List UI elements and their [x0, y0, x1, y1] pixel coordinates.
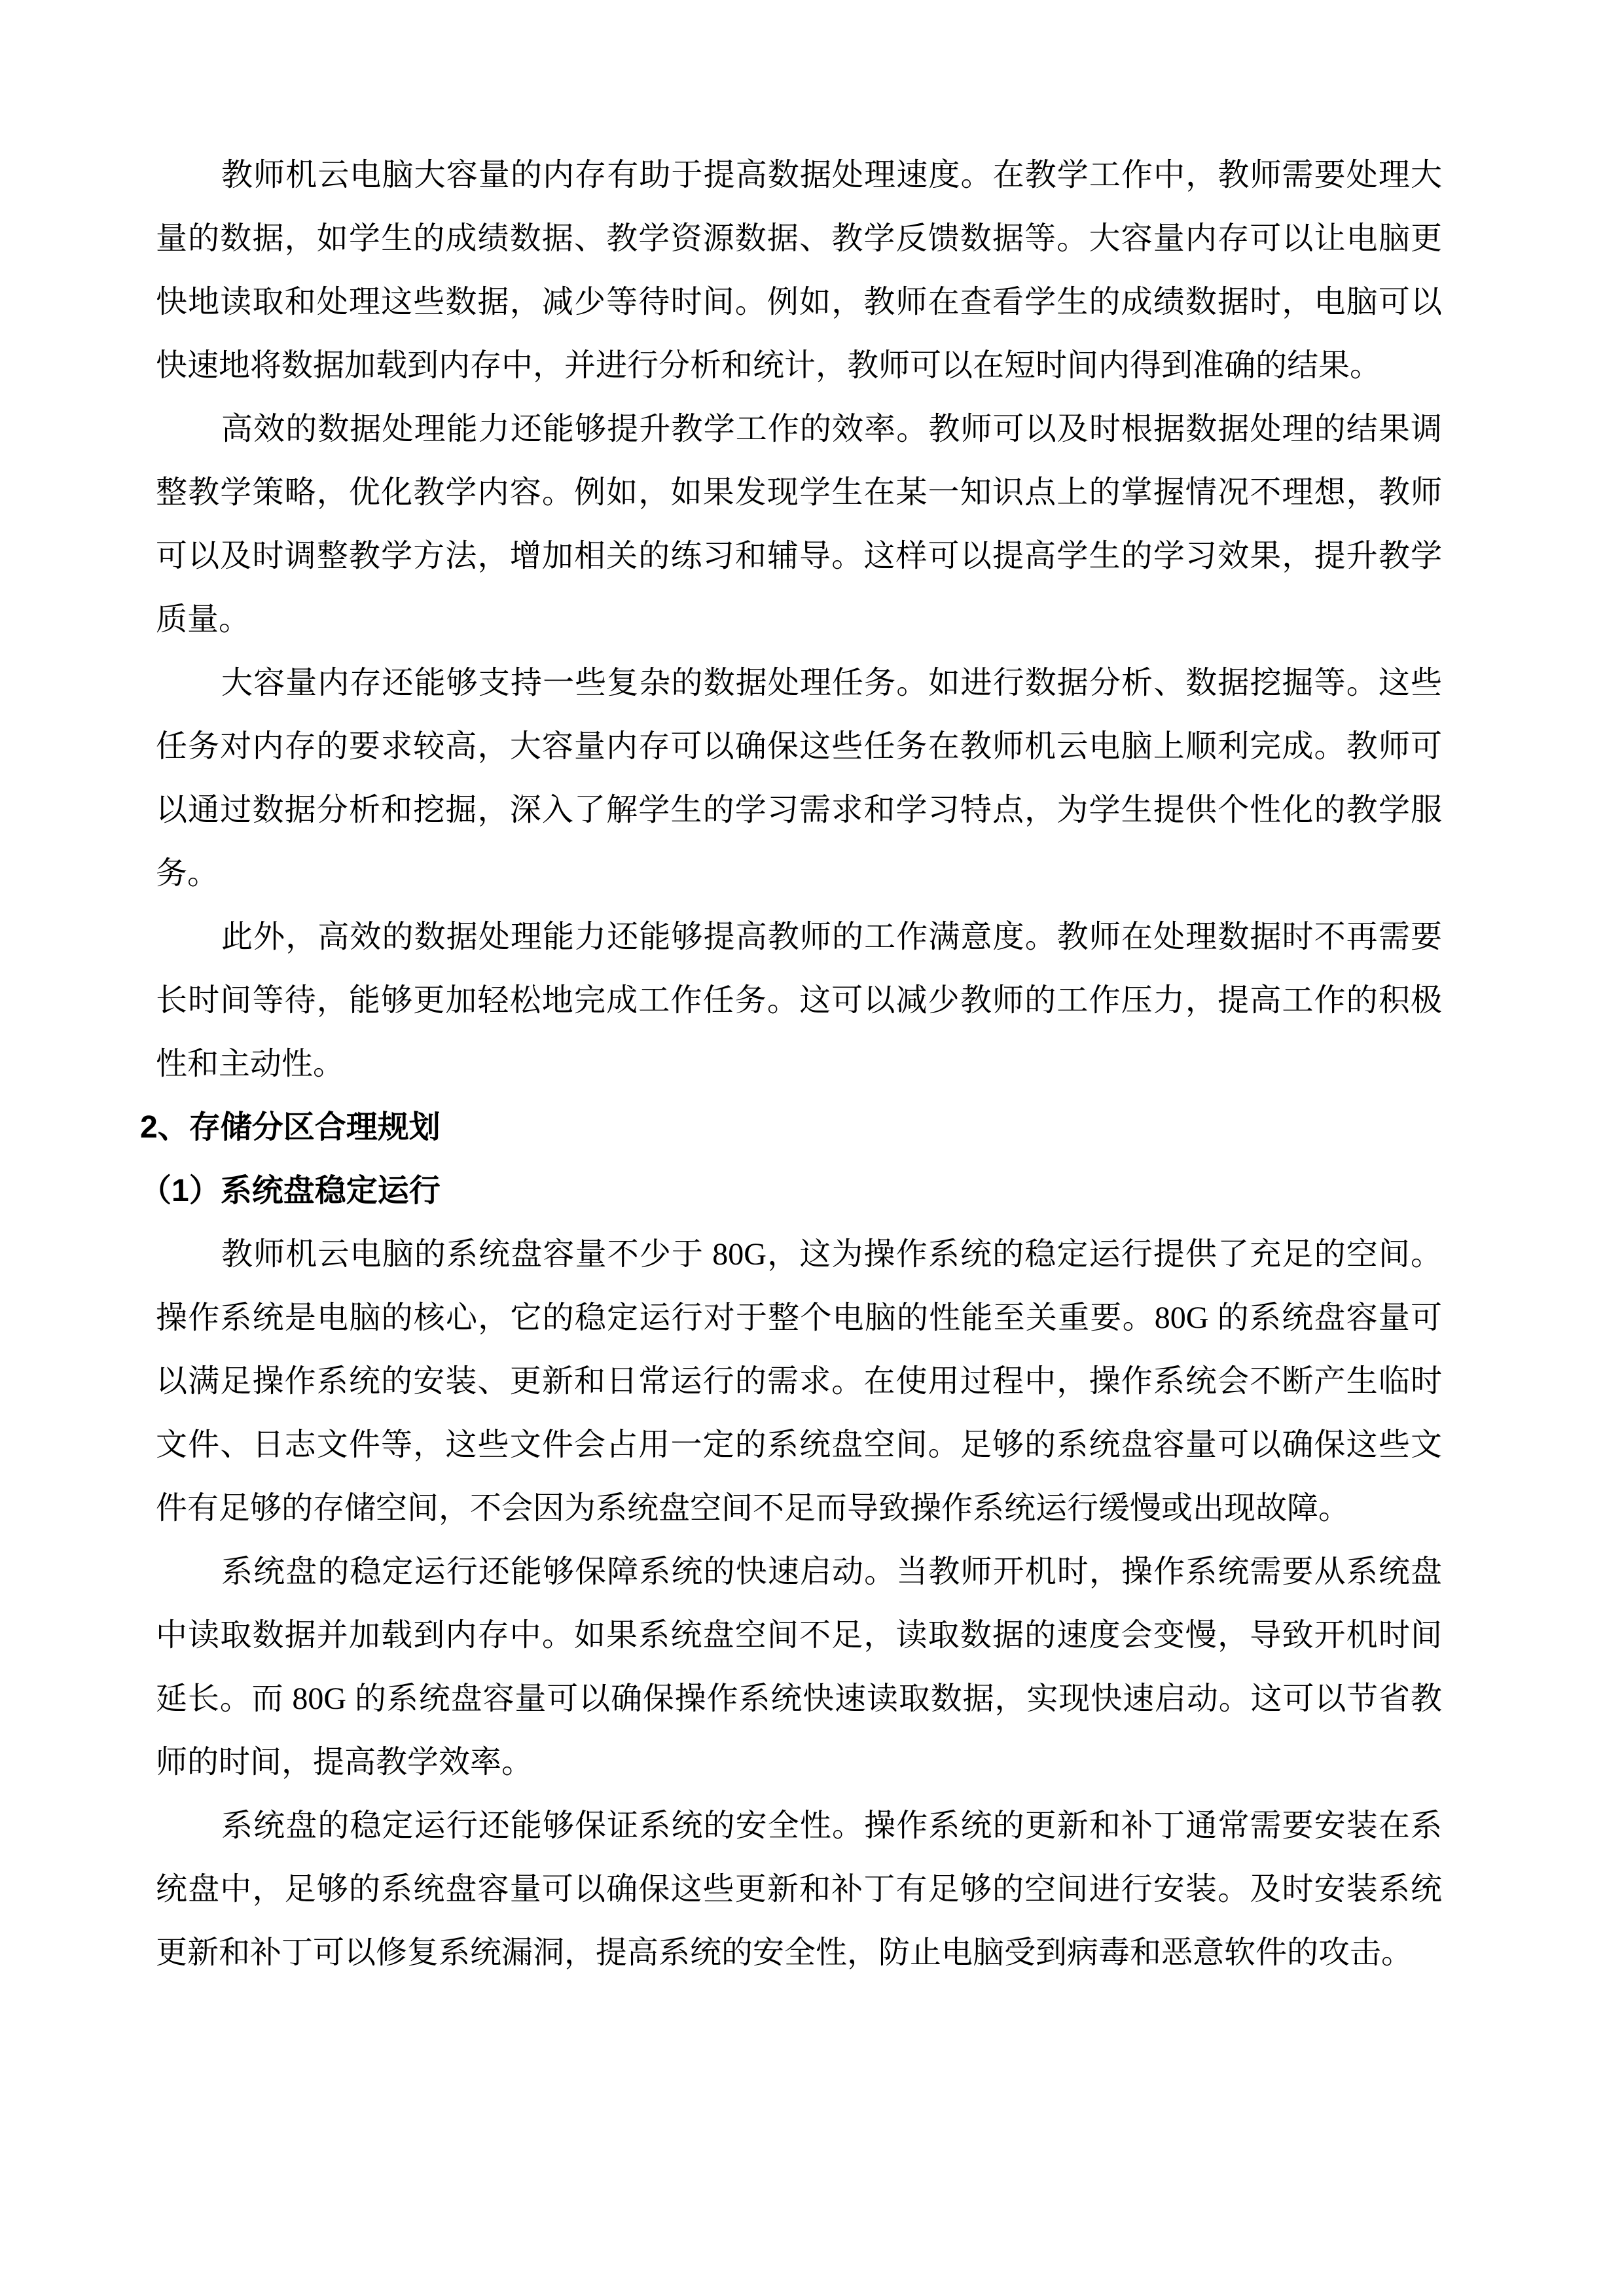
document-body: 教师机云电脑大容量的内存有助于提高数据处理速度。在教学工作中，教师需要处理大量的… [156, 143, 1442, 1984]
body-paragraph: 教师机云电脑大容量的内存有助于提高数据处理速度。在教学工作中，教师需要处理大量的… [156, 143, 1442, 397]
body-paragraph: 教师机云电脑的系统盘容量不少于 80G，这为操作系统的稳定运行提供了充足的空间。… [156, 1223, 1442, 1540]
body-paragraph: 系统盘的稳定运行还能够保障系统的快速启动。当教师开机时，操作系统需要从系统盘中读… [156, 1540, 1442, 1794]
body-paragraph: 高效的数据处理能力还能够提升教学工作的效率。教师可以及时根据数据处理的结果调整教… [156, 397, 1442, 651]
body-paragraph: 系统盘的稳定运行还能够保证系统的安全性。操作系统的更新和补丁通常需要安装在系统盘… [156, 1794, 1442, 1984]
section-heading: 2、存储分区合理规划 [140, 1096, 1442, 1159]
body-paragraph: 大容量内存还能够支持一些复杂的数据处理任务。如进行数据分析、数据挖掘等。这些任务… [156, 651, 1442, 905]
subsection-heading: （1）系统盘稳定运行 [140, 1159, 1442, 1223]
body-paragraph: 此外，高效的数据处理能力还能够提高教师的工作满意度。教师在处理数据时不再需要长时… [156, 905, 1442, 1096]
document-page: 教师机云电脑大容量的内存有助于提高数据处理速度。在教学工作中，教师需要处理大量的… [0, 0, 1624, 2296]
